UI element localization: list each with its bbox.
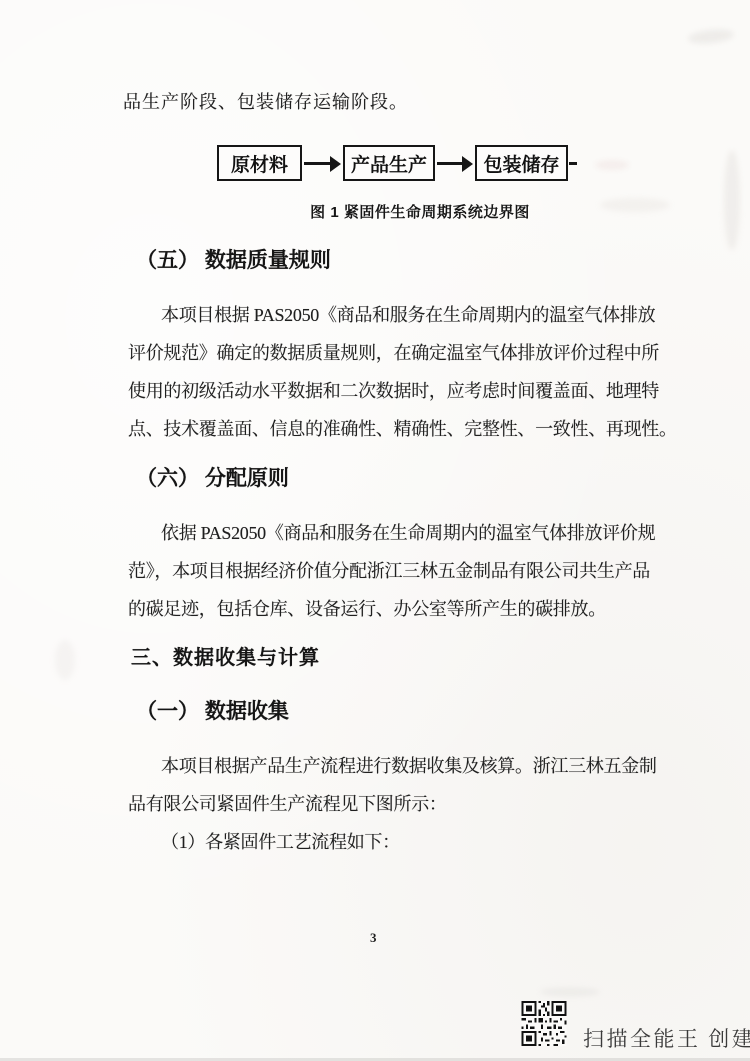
paragraph-line: 依据 PAS2050《商品和服务在生命周期内的温室气体排放评价规 [161,522,655,544]
chapter-heading-three: 三、数据收集与计算 [131,646,320,670]
scan-artifact [55,640,75,680]
flow-box-label: 原材料 [231,150,288,177]
flow-arrow-head [330,156,341,172]
flow-box-packaging-storage: 包装储存 [475,145,568,181]
flow-arrow-head [462,156,473,172]
flow-box-label: 产品生产 [351,150,427,177]
scan-artifact [724,150,740,250]
flow-stub-line [569,162,577,165]
paragraph-line: 使用的初级活动水平数据和二次数据时，应考虑时间覆盖面、地理特 [128,380,659,402]
scan-artifact [595,160,629,170]
qr-code-icon [521,1001,567,1046]
flow-box-production: 产品生产 [343,145,435,181]
section-heading-one: （一） 数据收集 [136,700,289,724]
paragraph-line: 本项目根据 PAS2050《商品和服务在生命周期内的温室气体排放 [161,304,655,326]
flow-arrow-line [304,162,330,165]
flow-arrow-line [437,162,462,165]
paragraph-line: 评价规范》确定的数据质量规则，在确定温室气体排放评价过程中所 [128,342,659,364]
section-heading-six: （六） 分配原则 [136,467,289,491]
page-number: 3 [370,930,377,946]
paragraph-line: 品有限公司紧固件生产流程见下图所示： [128,793,447,815]
scan-artifact [687,28,734,46]
section-heading-five: （五） 数据质量规则 [136,249,331,273]
paragraph-line: 的碳足迹，包括仓库、设备运行、办公室等所产生的碳排放。 [128,598,606,620]
flow-box-label: 包装储存 [483,150,559,177]
paragraph-line: 范》，本项目根据经济价值分配浙江三林五金制品有限公司共生产品 [128,560,650,582]
intro-line: 品生产阶段、包装储存运输阶段。 [123,91,408,113]
camscanner-watermark: 扫描全能王 创建 [583,1023,750,1053]
paragraph-line: 点、技术覆盖面、信息的准确性、精确性、完整性、一致性、再现性。 [128,418,677,440]
document-page: 品生产阶段、包装储存运输阶段。 原材料 产品生产 包装储存 图 1 紧固件生命周… [0,0,750,1061]
flow-box-raw-material: 原材料 [217,145,302,181]
scan-artifact [600,198,670,212]
paragraph-line: 本项目根据产品生产流程进行数据收集及核算。浙江三林五金制 [161,755,657,777]
figure-caption: 图 1 紧固件生命周期系统边界图 [290,201,550,222]
paragraph-line: （1）各紧固件工艺流程如下： [161,831,400,853]
scan-artifact [540,988,600,996]
